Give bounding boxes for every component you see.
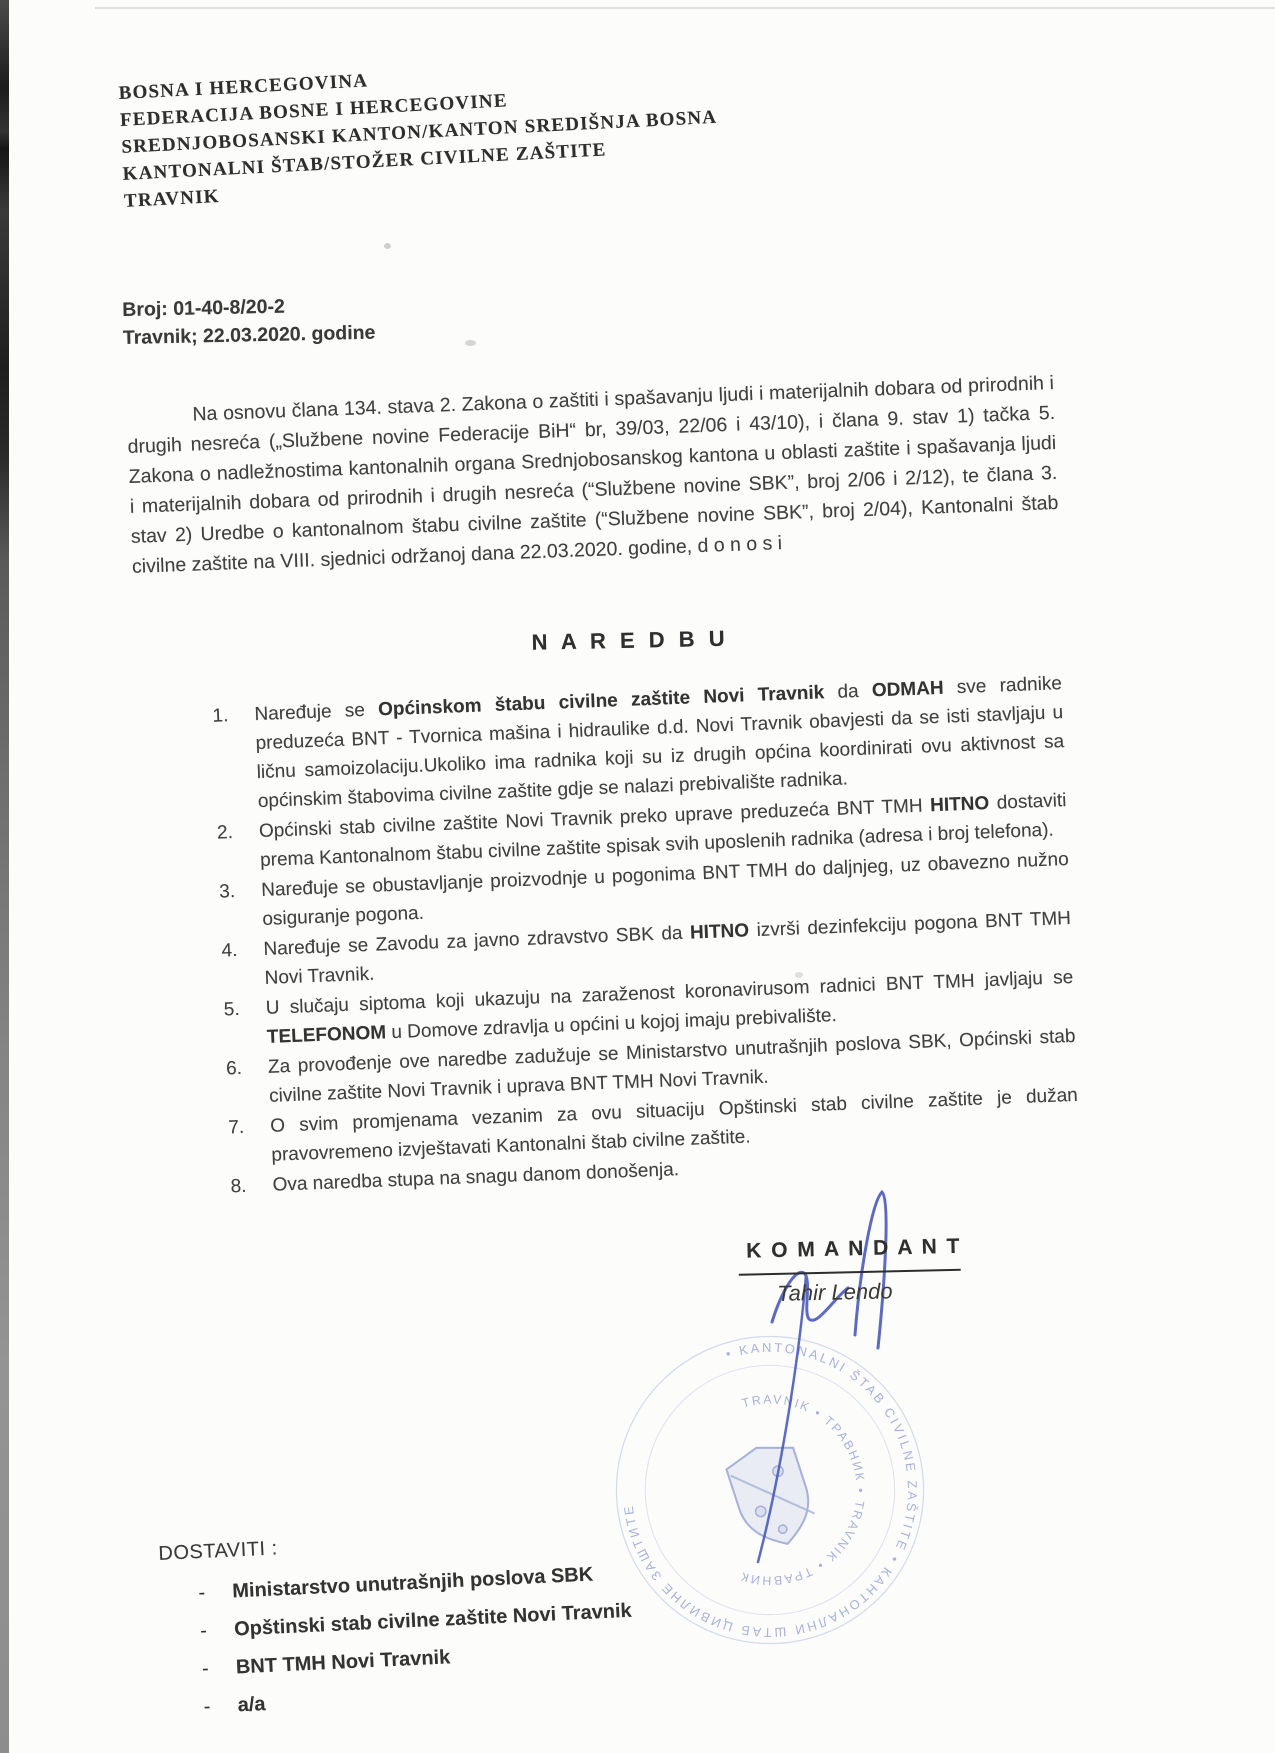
order-list: 1.Naređuje se Općinskom štabu civilne za… [206, 669, 1081, 1202]
distribution-item-text: a/a [237, 1685, 267, 1724]
handwritten-signature [600, 1140, 1000, 1620]
order-item-text: Naređuje se [254, 699, 378, 725]
order-item-number: 2. [216, 818, 233, 848]
signature-block: K O M A N D A N T Tahir Lendo [730, 1234, 981, 1308]
order-item-text-bold: TELEFONOM [267, 1022, 387, 1048]
order-item-number: 1. [212, 701, 229, 731]
scan-speck [465, 340, 476, 346]
order-item-number: 7. [228, 1113, 245, 1143]
dash-marker: - [198, 1573, 234, 1613]
scan-speck [384, 243, 391, 249]
distribution-block: DOSTAVITI : -Ministarstvo unutrašnjih po… [158, 1521, 636, 1728]
signer-name: Tahir Lendo [777, 1276, 982, 1307]
scanned-document-page: BOSNA I HERCEGOVINA FEDERACIJA BOSNE I H… [0, 0, 1275, 1753]
order-item-text-bold: ODMAH [871, 678, 944, 702]
order-item-number: 8. [230, 1172, 247, 1202]
dash-marker: - [199, 1611, 235, 1651]
order-item-text: da [824, 680, 872, 703]
scan-top-edge-line [95, 7, 1275, 9]
order-item-text-bold: HITNO [930, 793, 990, 816]
document-date: Travnik; 22.03.2020. godine [123, 319, 376, 352]
dash-marker: - [203, 1686, 239, 1726]
order-item-number: 4. [221, 936, 238, 966]
order-item-text-bold: HITNO [690, 920, 750, 943]
dash-marker: - [201, 1648, 237, 1688]
reference-block: Broj: 01-40-8/20-2 Travnik; 22.03.2020. … [122, 291, 376, 352]
order-item-number: 5. [223, 995, 240, 1025]
signature-tail-stroke [758, 1275, 806, 1562]
signature-line [739, 1269, 961, 1276]
distribution-list: -Ministarstvo unutrašnjih poslova SBK-Op… [160, 1554, 637, 1728]
letterhead: BOSNA I HERCEGOVINA FEDERACIJA BOSNE I H… [118, 50, 721, 215]
signer-role: K O M A N D A N T [730, 1234, 980, 1264]
order-item-number: 3. [219, 877, 236, 907]
preamble-paragraph: Na osnovu člana 134. stava 2. Zakona o z… [126, 368, 1060, 582]
document-title: N A R E D B U [140, 617, 1120, 664]
order-item-number: 6. [226, 1054, 243, 1084]
scan-edge-artifact [0, 0, 9, 1753]
preamble-text: Na osnovu člana 134. stava 2. Zakona o z… [126, 368, 1060, 582]
